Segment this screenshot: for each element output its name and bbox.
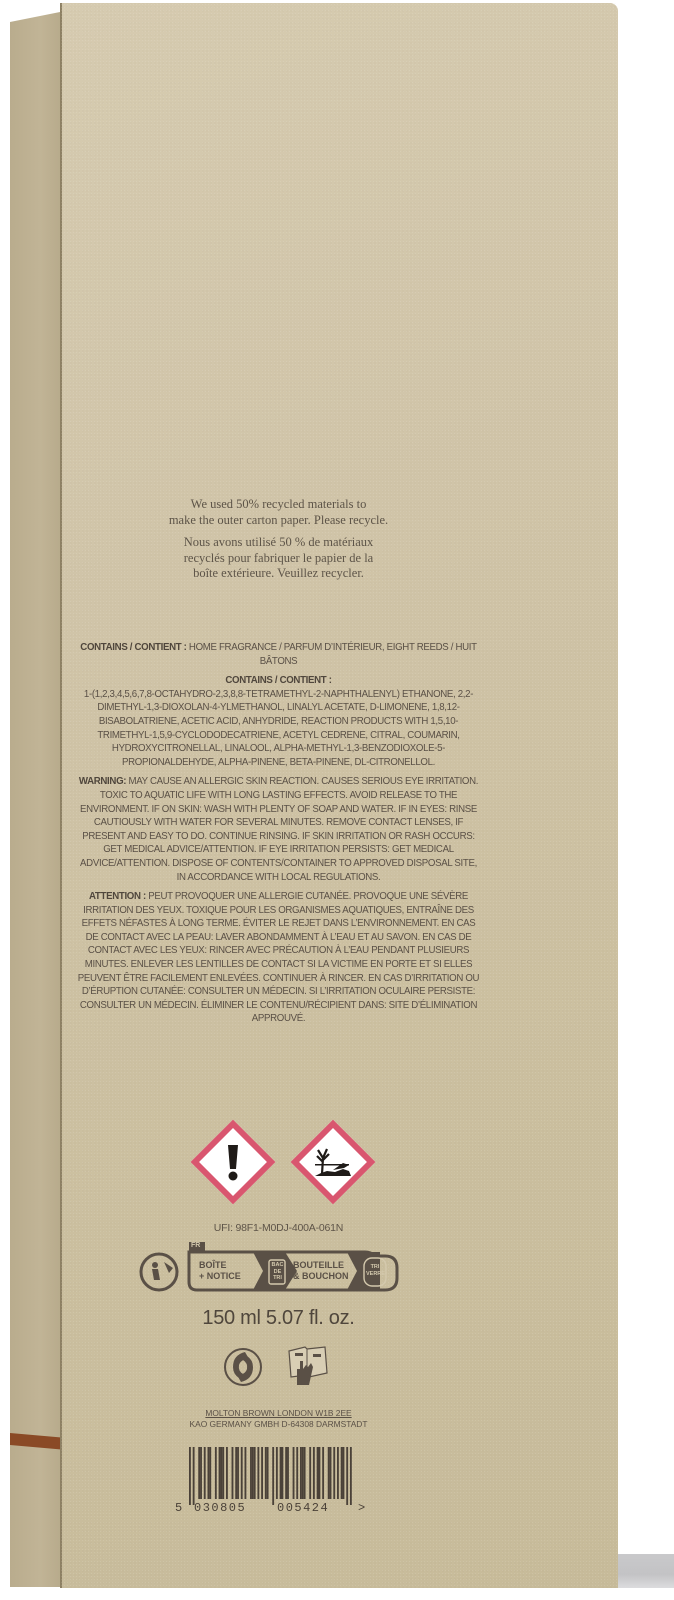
sorting-item-bottle: BOUTEILLE & BOUCHON — [293, 1260, 349, 1282]
exclamation-mark-hazard-icon — [191, 1120, 276, 1205]
read-leaflet-icon — [285, 1345, 329, 1387]
ingredients-list: CONTAINS / CONTIENT : 1-(1,2,3,4,5,6,7,8… — [75, 674, 481, 769]
recycle-message-fr: Nous avons utilisé 50 % de matériaux rec… — [60, 535, 497, 582]
green-dot-recycle-icon — [223, 1347, 263, 1387]
contents-statement: CONTAINS / CONTIENT : HOME FRAGRANCE / P… — [75, 641, 481, 668]
sorting-bin-glass: TRI VERRE — [366, 1264, 384, 1278]
environment-hazard-icon — [291, 1120, 376, 1205]
brown-stripe — [10, 1433, 60, 1449]
manufacturer-address: MOLTON BROWN LONDON W1B 2EE KAO GERMANY … — [60, 1408, 497, 1429]
volume-label: 150 ml 5.07 fl. oz. — [60, 1307, 497, 1330]
warning-french: ATTENTION : PEUT PROVOQUER UNE ALLERGIE … — [75, 890, 481, 1026]
ufi-code: UFI: 98F1-M0DJ-400A-061N — [60, 1222, 497, 1234]
legal-text: CONTAINS / CONTIENT : HOME FRAGRANCE / P… — [75, 641, 481, 1032]
country-code: FR — [191, 1242, 200, 1249]
warning-english: WARNING: MAY CAUSE AN ALLERGIC SKIN REAC… — [75, 775, 481, 884]
triman-sorting-info: FR BOÎTE + NOTICE BAC DE TRI BOUTEILLE &… — [135, 1238, 425, 1296]
recycle-message: We used 50% recycled materials to make t… — [60, 497, 497, 589]
barcode: 5 030805 005424 > — [175, 1445, 385, 1515]
packaging-symbols — [60, 1347, 497, 1387]
recycle-message-en: We used 50% recycled materials to make t… — [60, 497, 497, 528]
sorting-item-box: BOÎTE + NOTICE — [199, 1260, 241, 1282]
hazard-pictograms — [60, 1122, 497, 1212]
carton-side-panel — [10, 12, 60, 1587]
sorting-bin-tri: BAC DE TRI — [270, 1262, 285, 1282]
